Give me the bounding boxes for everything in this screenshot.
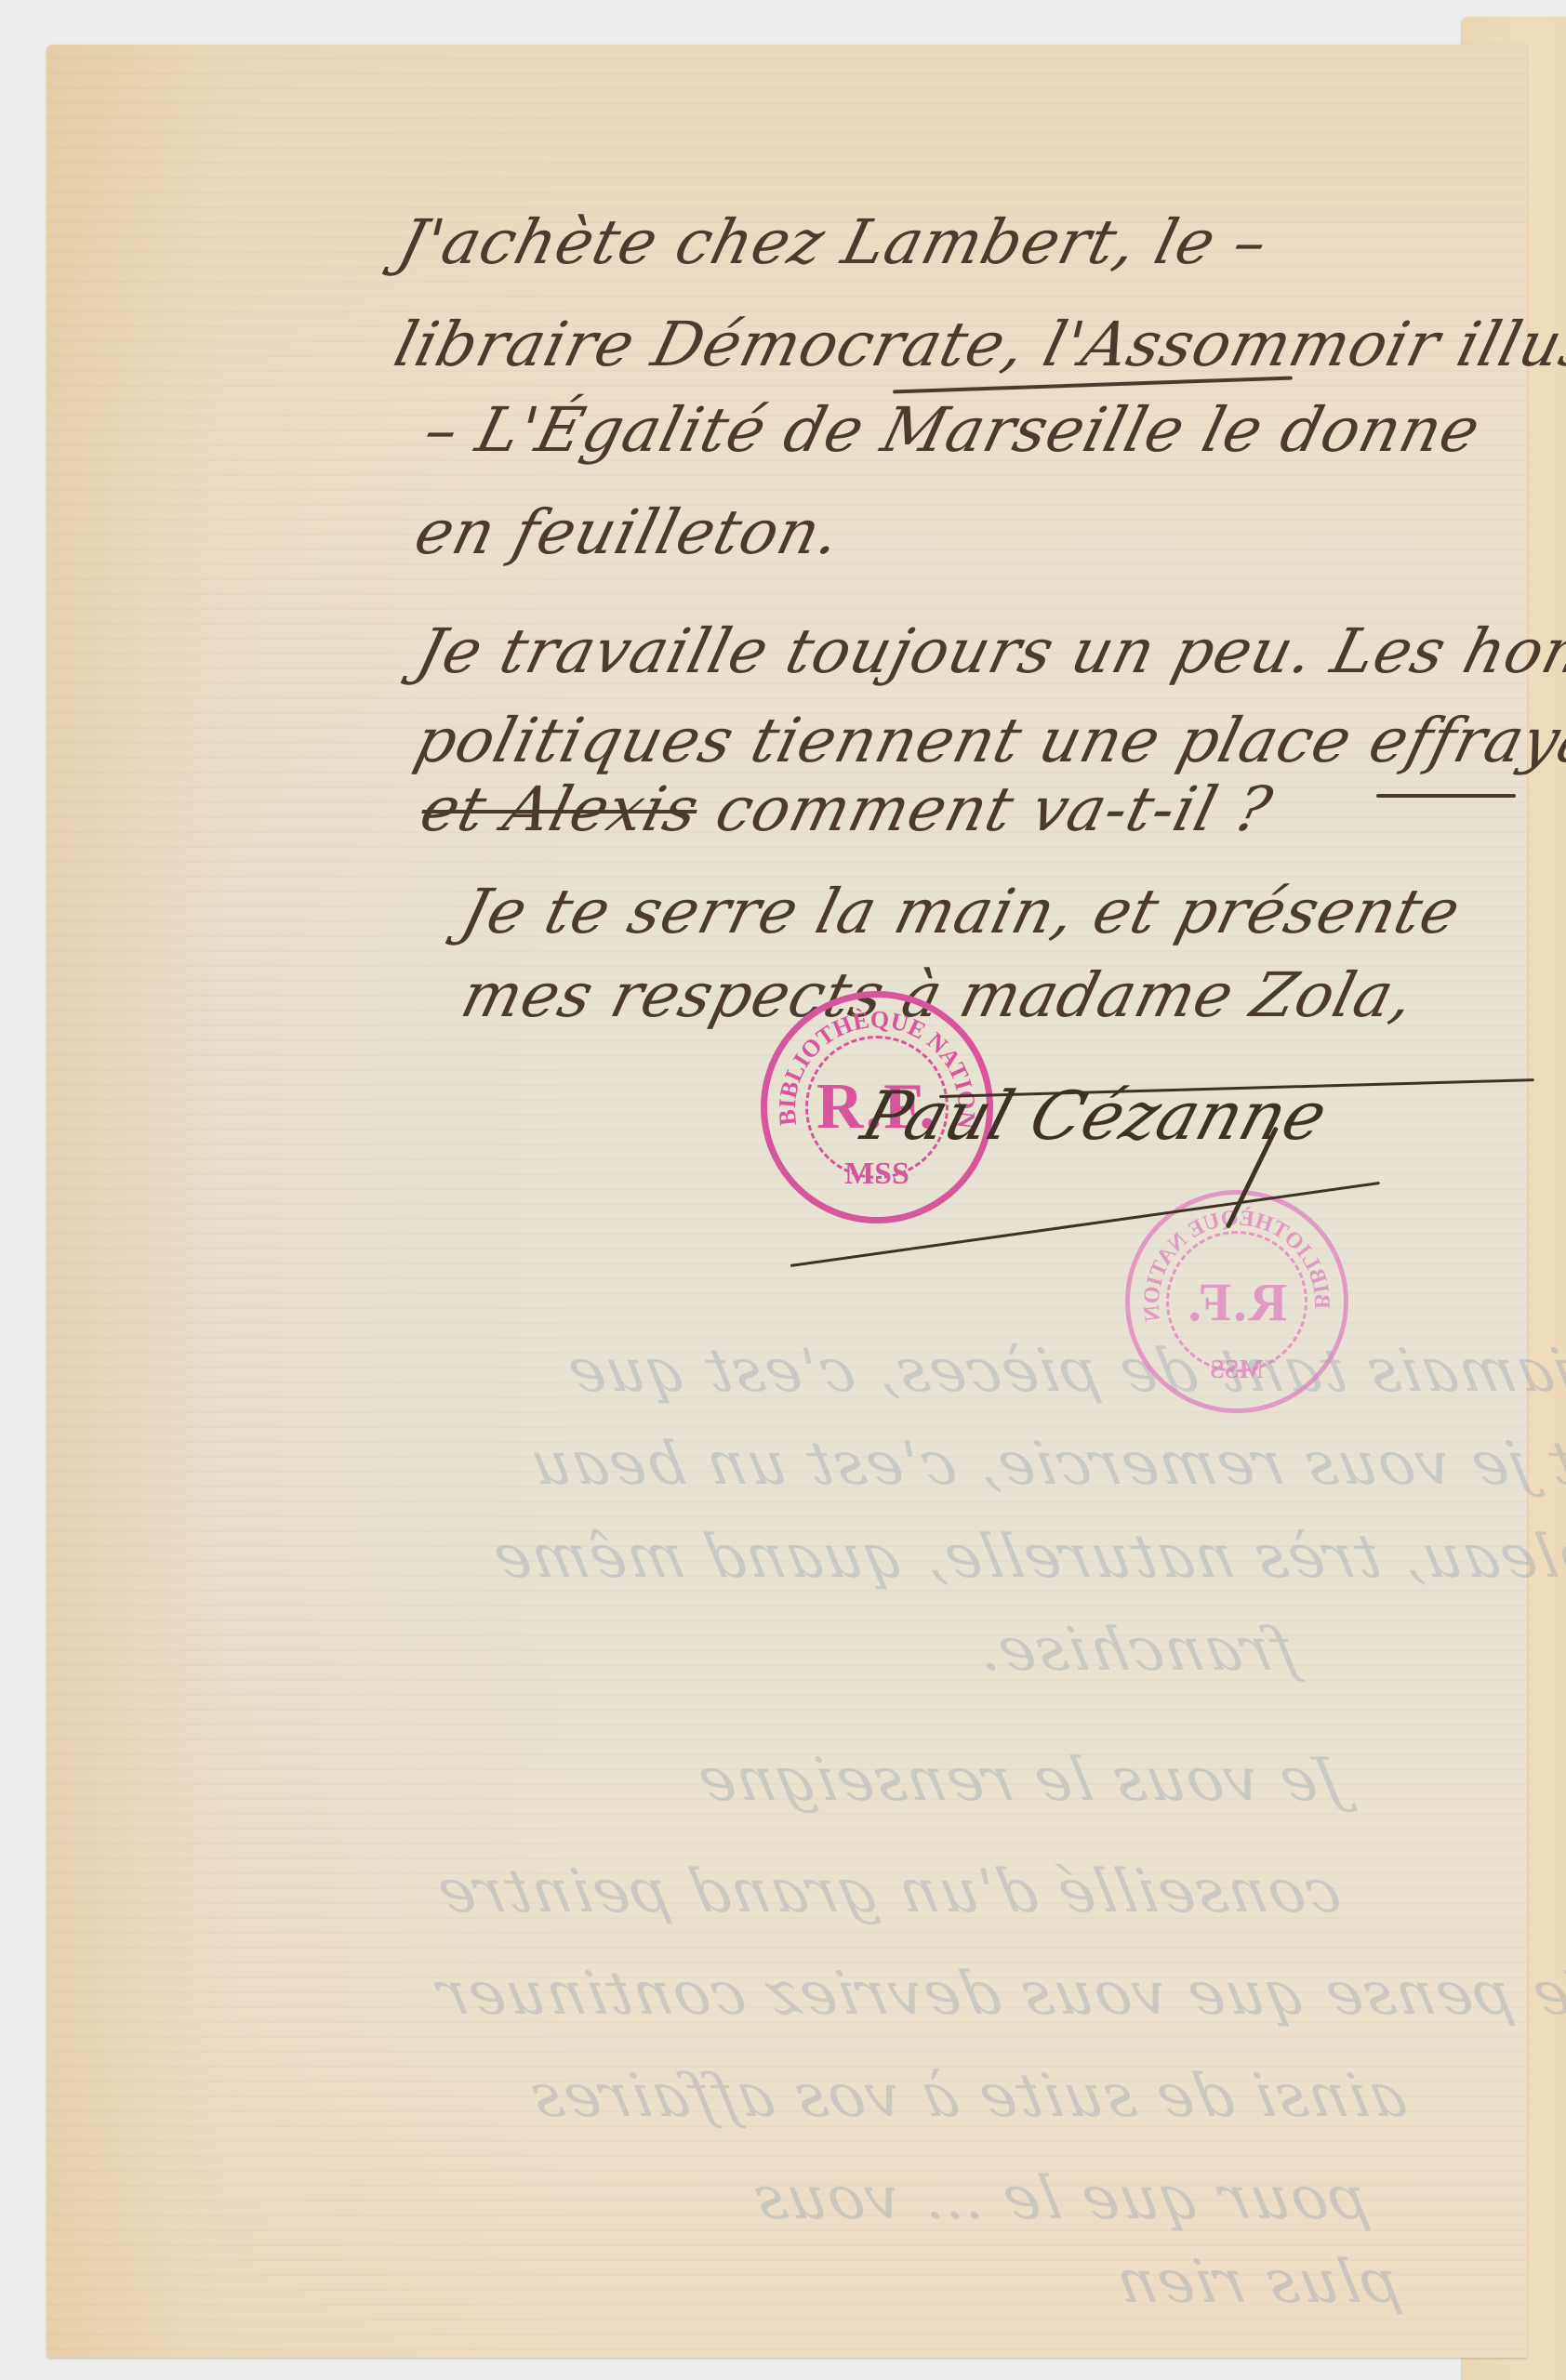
ghost-line: pour que le … vous bbox=[746, 2164, 1374, 2233]
ghost-line: et je vous remercie, c'est un beau bbox=[523, 1430, 1566, 1499]
letter-line-8: Je te serre la main, et présente bbox=[456, 881, 1466, 943]
ghost-line: plus rien bbox=[1108, 2248, 1406, 2317]
ghost-line: jamais tant de pièces, c'est que bbox=[560, 1337, 1566, 1406]
stamp-bottom-text: MSS bbox=[761, 1157, 993, 1192]
letter-line-7-rest: comment va-t-il ? bbox=[709, 773, 1279, 845]
stamp-bottom-text: MSS bbox=[1125, 1355, 1348, 1385]
letter-page: jamais tant de pièces, c'est que et je v… bbox=[46, 45, 1527, 2358]
ghost-line: Je vous le renseigne bbox=[690, 1746, 1348, 1815]
letter-line-2: libraire Démocrate, l'Assommoir illustré… bbox=[389, 314, 1566, 376]
letter-line-7: et Alexis comment va-t-il ? bbox=[415, 779, 1278, 840]
ghost-line: tableau, très naturelle, quand même bbox=[485, 1523, 1566, 1592]
letter-line-1: J'achète chez Lambert, le – bbox=[392, 212, 1274, 273]
ghost-line: conseillé d'un grand peintre bbox=[430, 1858, 1347, 1926]
ghost-line: – Je pense que vous devriez continuer bbox=[430, 1960, 1566, 2029]
line-7-dash bbox=[1376, 794, 1516, 798]
letter-line-6: politiques tiennent une place effrayante… bbox=[409, 710, 1566, 772]
letter-line-2-text: libraire Démocrate, l'Assommoir illustré… bbox=[388, 309, 1566, 380]
ghost-line: ainsi de suite à vos affaires bbox=[523, 2062, 1413, 2131]
letter-line-3: – L'Égalité de Marseille le donne bbox=[418, 400, 1486, 461]
ghost-line: franchise. bbox=[969, 1616, 1302, 1685]
letter-line-5: Je travaille toujours un peu. Les hommes bbox=[411, 621, 1566, 682]
struck-words: et Alexis bbox=[414, 773, 707, 845]
stamp-showthrough: BIBLIOTHÈQUE NATIONALE R.F. MSS bbox=[1125, 1190, 1348, 1413]
stamp-center-text: R.F. bbox=[1187, 1271, 1288, 1333]
letter-line-4: en feuilleton. bbox=[409, 502, 847, 563]
